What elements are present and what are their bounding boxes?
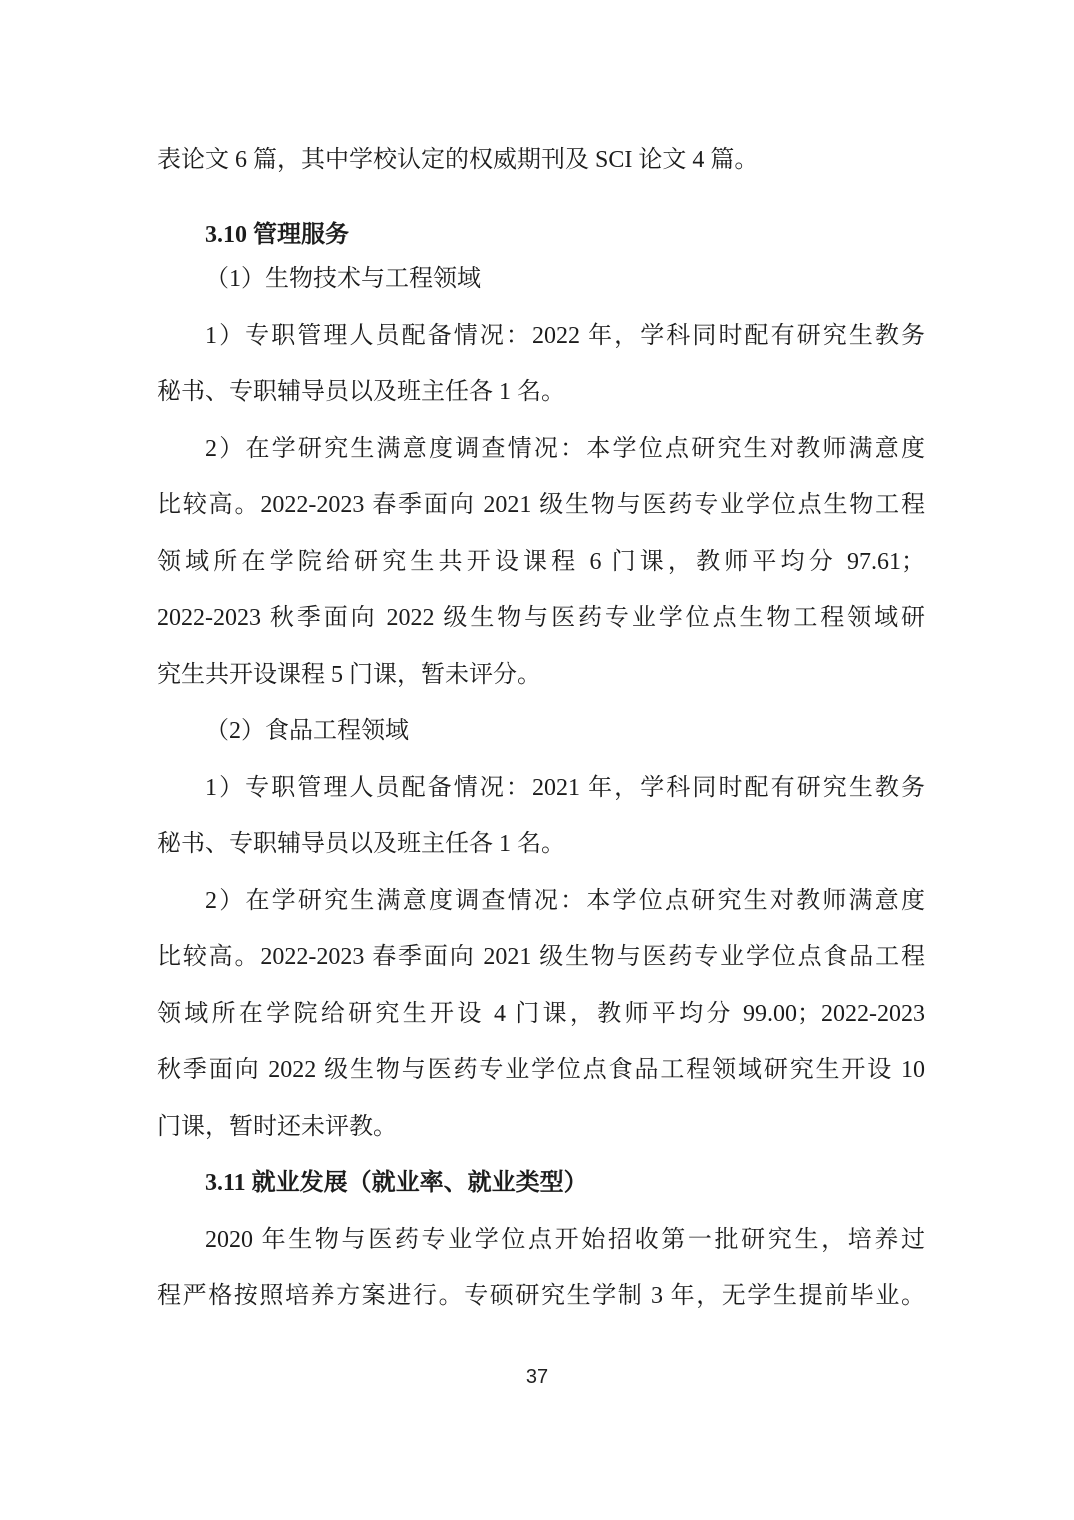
paragraph-line: 秘书、专职辅导员以及班主任各 1 名。 [157, 816, 925, 873]
paragraph-line: 领域所在学院给研究生开设 4 门课，教师平均分 99.00；2022-2023 [157, 986, 925, 1043]
paragraph-line: 领域所在学院给研究生共开设课程 6 门课，教师平均分 97.61； [157, 534, 925, 591]
paragraph-line: 2020 年生物与医药专业学位点开始招收第一批研究生，培养过 [157, 1212, 925, 1269]
paragraph-line: 比较高。2022-2023 春季面向 2021 级生物与医药专业学位点生物工程 [157, 477, 925, 534]
paragraph-line: 秘书、专职辅导员以及班主任各 1 名。 [157, 364, 925, 421]
paragraph-line: 2）在学研究生满意度调查情况：本学位点研究生对教师满意度 [157, 421, 925, 478]
paragraph-line: 1）专职管理人员配备情况：2021 年，学科同时配有研究生教务 [157, 760, 925, 817]
paragraph-line: 秋季面向 2022 级生物与医药专业学位点食品工程领域研究生开设 10 [157, 1042, 925, 1099]
document-page: 表论文 6 篇，其中学校认定的权威期刊及 SCI 论文 4 篇。 3.10 管理… [0, 0, 1074, 1520]
paragraph-line: 门课，暂时还未评教。 [157, 1099, 925, 1156]
page-number: 37 [0, 1365, 1074, 1389]
heading-3-11: 3.11 就业发展（就业率、就业类型） [157, 1155, 925, 1212]
subsection-label: （2）食品工程领域 [157, 703, 925, 760]
paragraph-line: 2）在学研究生满意度调查情况：本学位点研究生对教师满意度 [157, 873, 925, 930]
subsection-label: （1）生物技术与工程领域 [157, 251, 925, 308]
paragraph-line: 2022-2023 秋季面向 2022 级生物与医药专业学位点生物工程领域研 [157, 590, 925, 647]
paragraph-line: 究生共开设课程 5 门课，暂未评分。 [157, 647, 925, 704]
paragraph-line: 比较高。2022-2023 春季面向 2021 级生物与医药专业学位点食品工程 [157, 929, 925, 986]
paragraph-line: 表论文 6 篇，其中学校认定的权威期刊及 SCI 论文 4 篇。 [157, 132, 925, 189]
document-body: 表论文 6 篇，其中学校认定的权威期刊及 SCI 论文 4 篇。 3.10 管理… [157, 132, 925, 1325]
paragraph-line: 程严格按照培养方案进行。专硕研究生学制 3 年，无学生提前毕业。 [157, 1268, 925, 1325]
paragraph-line: 1）专职管理人员配备情况：2022 年，学科同时配有研究生教务 [157, 308, 925, 365]
